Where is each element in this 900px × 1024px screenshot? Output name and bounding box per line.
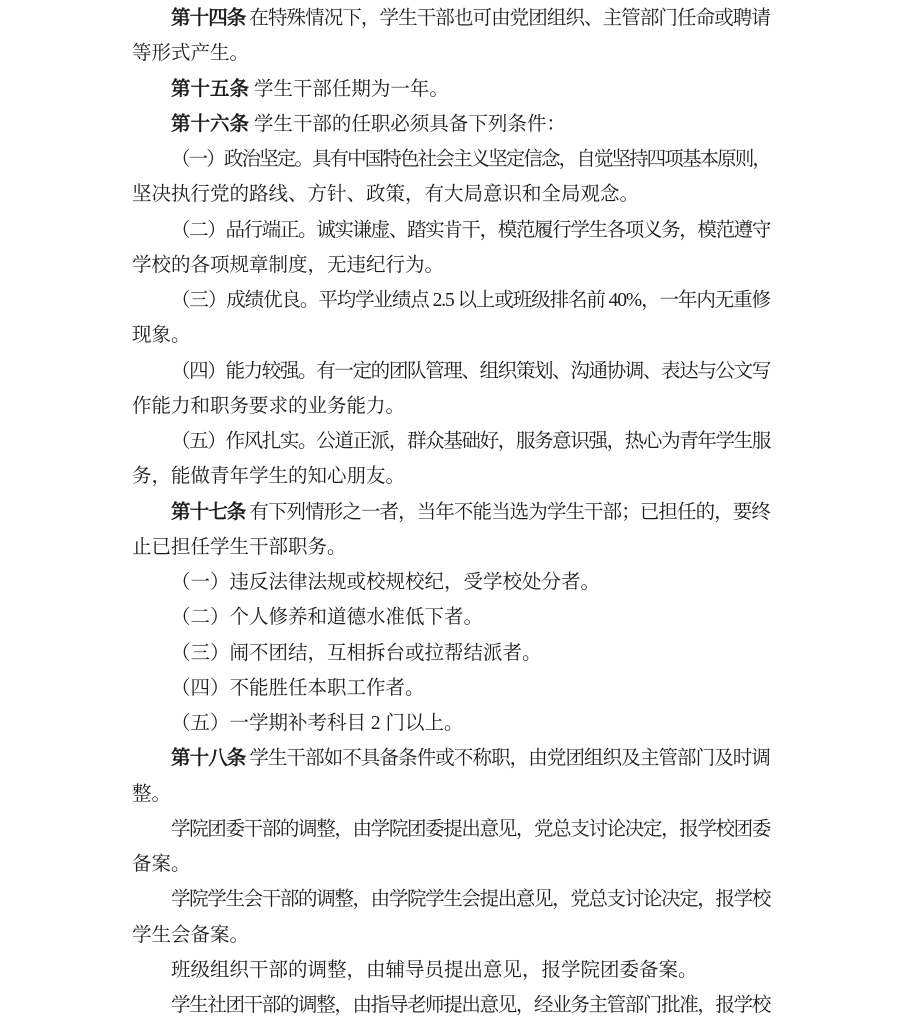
text-line: 学校的各项规章制度，无违纪行为。 [132,248,770,283]
line-text: （一）违反法律法规或校规校纪，受学校处分者。 [171,565,600,600]
line-body-text: 学生干部的任职必须具备下列条件： [249,114,566,135]
text-line: （五）一学期补考科目 2 门以上。 [132,706,770,741]
text-line: （一）违反法律法规或校规校纪，受学校处分者。 [132,565,770,600]
text-line: 学院学生会干部的调整，由学院学生会提出意见，党总支讨论决定，报学校 [132,882,770,917]
text-line: 第十四条 在特殊情况下，学生干部也可由党团组织、主管部门任命或聘请 [132,1,770,36]
text-line: 坚决执行党的路线、方针、政策，有大局意识和全局观念。 [132,177,770,212]
line-body-text: 学院学生会干部的调整，由学院学生会提出意见，党总支讨论决定，报学校 [171,889,770,910]
article-number: 第十五条 [171,79,249,100]
line-text: （四）能力较强。有一定的团队管理、组织策划、沟通协调、表达与公文写 [171,354,770,389]
line-text: （二）品行端正。诚实谦虚、踏实肯干，模范履行学生各项义务，模范遵守 [171,213,770,248]
line-body-text: （一）政治坚定。具有中国特色社会主义坚定信念，自觉坚持四项基本原则， [171,149,770,170]
text-line: 作能力和职务要求的业务能力。 [132,389,770,424]
line-text: 学院学生会干部的调整，由学院学生会提出意见，党总支讨论决定，报学校 [171,882,770,917]
line-text: 学院团委干部的调整，由学院团委提出意见，党总支讨论决定，报学校团委 [171,812,770,847]
line-body-text: （一）违反法律法规或校规校纪，受学校处分者。 [171,572,600,593]
line-body-text: 学生社团干部的调整，由指导老师提出意见，经业务主管部门批准，报学校 [171,995,770,1016]
text-line: （三）闹不团结，互相拆台或拉帮结派者。 [132,636,770,671]
article-number: 第十六条 [171,114,249,135]
line-body-text: （五）作风扎实。公道正派，群众基础好，服务意识强，热心为青年学生服 [171,431,770,452]
text-line: 现象。 [132,318,770,353]
line-body-text: 学生会备案。 [132,925,249,946]
article-number: 第十四条 [171,8,245,29]
line-text: （四）不能胜任本职工作者。 [171,671,425,706]
line-text: （三）成绩优良。平均学业绩点 2.5 以上或班级排名前 40%，一年内无重修 [171,283,770,318]
line-text: （一）政治坚定。具有中国特色社会主义坚定信念，自觉坚持四项基本原则， [171,142,770,177]
line-text: （五）一学期补考科目 2 门以上。 [171,706,464,741]
line-text: 第十七条 有下列情形之一者，当年不能当选为学生干部；已担任的，要终 [171,495,770,530]
line-body-text: （三）成绩优良。平均学业绩点 2.5 以上或班级排名前 40%，一年内无重修 [171,290,770,311]
text-line: 第十八条 学生干部如不具备条件或不称职，由党团组织及主管部门及时调 [132,741,770,776]
line-text: 整。 [132,777,171,812]
article-number: 第十八条 [171,748,245,769]
text-line: （一）政治坚定。具有中国特色社会主义坚定信念，自觉坚持四项基本原则， [132,142,770,177]
text-line: 等形式产生。 [132,36,770,71]
line-text: 第十五条 学生干部任期为一年。 [171,72,449,107]
line-body-text: 学生干部任期为一年。 [249,79,449,100]
line-body-text: 作能力和职务要求的业务能力。 [132,396,405,417]
text-line: （二）品行端正。诚实谦虚、踏实肯干，模范履行学生各项义务，模范遵守 [132,213,770,248]
line-body-text: 有下列情形之一者，当年不能当选为学生干部；已担任的，要终 [245,502,770,523]
line-text: 第十六条 学生干部的任职必须具备下列条件： [171,107,566,142]
text-line: 学院团委干部的调整，由学院团委提出意见，党总支讨论决定，报学校团委 [132,812,770,847]
line-body-text: （四）不能胜任本职工作者。 [171,678,425,699]
text-line: （三）成绩优良。平均学业绩点 2.5 以上或班级排名前 40%，一年内无重修 [132,283,770,318]
text-line: 第十五条 学生干部任期为一年。 [132,72,770,107]
line-body-text: 整。 [132,784,171,805]
line-text: 第十八条 学生干部如不具备条件或不称职，由党团组织及主管部门及时调 [171,741,770,776]
line-text: 班级组织干部的调整，由辅导员提出意见，报学院团委备案。 [171,953,698,988]
line-text: 学生会备案。 [132,918,249,953]
document-page: 第十四条 在特殊情况下，学生干部也可由党团组织、主管部门任命或聘请等形式产生。第… [0,0,900,1024]
line-text: 学生社团干部的调整，由指导老师提出意见，经业务主管部门批准，报学校 [171,988,770,1023]
text-line: （四）能力较强。有一定的团队管理、组织策划、沟通协调、表达与公文写 [132,354,770,389]
line-text: 坚决执行党的路线、方针、政策，有大局意识和全局观念。 [132,177,639,212]
text-line: 第十六条 学生干部的任职必须具备下列条件： [132,107,770,142]
line-body-text: 现象。 [132,325,191,346]
line-body-text: （五）一学期补考科目 2 门以上。 [171,713,464,734]
text-line: （五）作风扎实。公道正派，群众基础好，服务意识强，热心为青年学生服 [132,424,770,459]
line-text: 止已担任学生干部职务。 [132,530,347,565]
line-body-text: （二）品行端正。诚实谦虚、踏实肯干，模范履行学生各项义务，模范遵守 [171,220,770,241]
line-body-text: 在特殊情况下，学生干部也可由党团组织、主管部门任命或聘请 [245,8,770,29]
line-text: （二）个人修养和道德水准低下者。 [171,600,483,635]
line-body-text: （二）个人修养和道德水准低下者。 [171,607,483,628]
line-text: 备案。 [132,847,191,882]
line-text: 现象。 [132,318,191,353]
line-body-text: 止已担任学生干部职务。 [132,537,347,558]
text-line: （二）个人修养和道德水准低下者。 [132,600,770,635]
text-line: 整。 [132,777,770,812]
line-body-text: 坚决执行党的路线、方针、政策，有大局意识和全局观念。 [132,184,639,205]
line-text: 作能力和职务要求的业务能力。 [132,389,405,424]
line-body-text: （四）能力较强。有一定的团队管理、组织策划、沟通协调、表达与公文写 [171,361,770,382]
line-body-text: 学院团委干部的调整，由学院团委提出意见，党总支讨论决定，报学校团委 [171,819,770,840]
line-body-text: 备案。 [132,854,191,875]
text-line: 止已担任学生干部职务。 [132,530,770,565]
line-body-text: 等形式产生。 [132,43,249,64]
line-text: （五）作风扎实。公道正派，群众基础好，服务意识强，热心为青年学生服 [171,424,770,459]
text-line: 备案。 [132,847,770,882]
document-body: 第十四条 在特殊情况下，学生干部也可由党团组织、主管部门任命或聘请等形式产生。第… [132,1,770,1023]
article-number: 第十七条 [171,502,245,523]
text-line: 务，能做青年学生的知心朋友。 [132,459,770,494]
text-line: 班级组织干部的调整，由辅导员提出意见，报学院团委备案。 [132,953,770,988]
line-text: 务，能做青年学生的知心朋友。 [132,459,405,494]
line-text: 等形式产生。 [132,36,249,71]
text-line: 学生会备案。 [132,918,770,953]
line-body-text: 学校的各项规章制度，无违纪行为。 [132,255,444,276]
text-line: （四）不能胜任本职工作者。 [132,671,770,706]
line-body-text: （三）闹不团结，互相拆台或拉帮结派者。 [171,643,542,664]
line-body-text: 务，能做青年学生的知心朋友。 [132,466,405,487]
line-text: 学校的各项规章制度，无违纪行为。 [132,248,444,283]
line-body-text: 学生干部如不具备条件或不称职，由党团组织及主管部门及时调 [245,748,770,769]
line-text: （三）闹不团结，互相拆台或拉帮结派者。 [171,636,542,671]
text-line: 学生社团干部的调整，由指导老师提出意见，经业务主管部门批准，报学校 [132,988,770,1023]
text-line: 第十七条 有下列情形之一者，当年不能当选为学生干部；已担任的，要终 [132,495,770,530]
line-body-text: 班级组织干部的调整，由辅导员提出意见，报学院团委备案。 [171,960,698,981]
line-text: 第十四条 在特殊情况下，学生干部也可由党团组织、主管部门任命或聘请 [171,1,770,36]
